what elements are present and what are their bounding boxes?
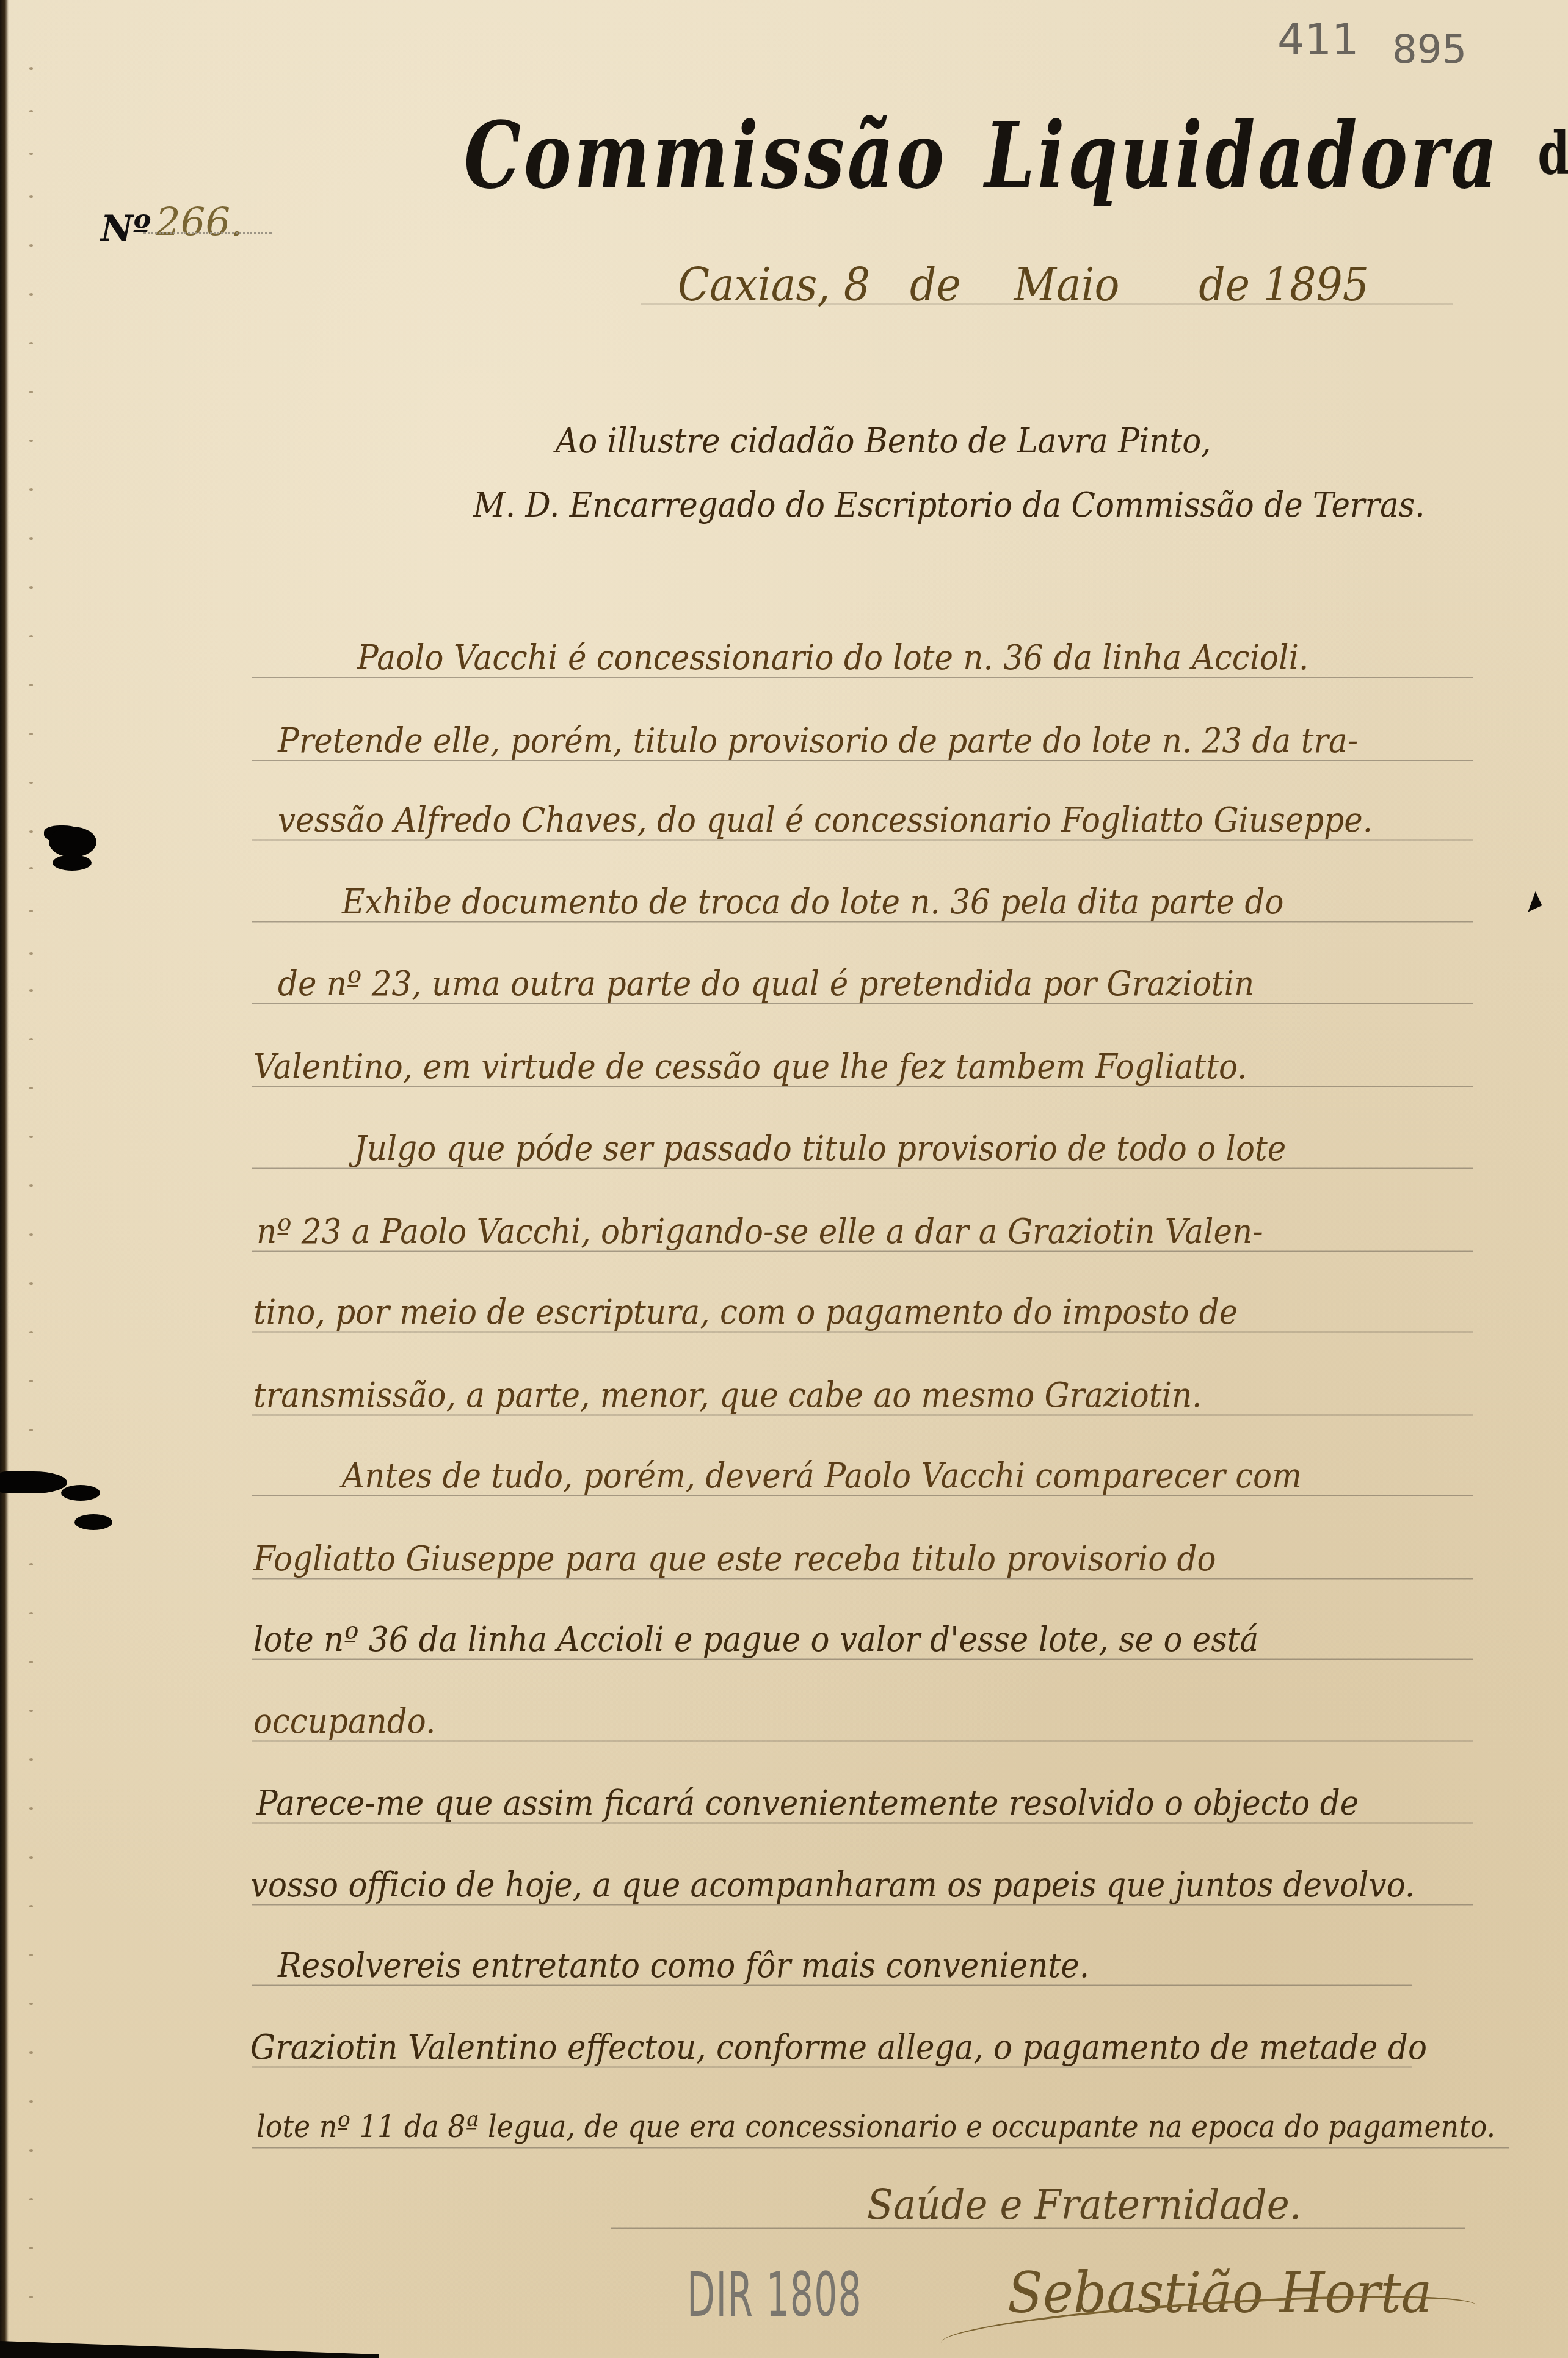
- perforation: [29, 488, 33, 491]
- perforation: [29, 635, 33, 637]
- perforation: [29, 1233, 33, 1236]
- perforation: [29, 195, 33, 198]
- perforation: [29, 1136, 33, 1138]
- perforation: [29, 1380, 33, 1382]
- binding-hole: [74, 1514, 112, 1530]
- date-de: de: [1199, 259, 1250, 311]
- body-line: Fogliatto Giuseppe para que este receba …: [253, 1542, 1216, 1576]
- closing-salutation: Saúde e Fraternidade.: [867, 2185, 1302, 2226]
- archive-reference: DIR 1808: [687, 2259, 862, 2331]
- perforation: [29, 2051, 33, 2054]
- date-year: 1895: [1263, 259, 1369, 311]
- reference-dotted-line: [143, 232, 272, 234]
- body-line: Paolo Vacchi é concessionario do lote n.…: [357, 641, 1308, 675]
- perforation: [29, 244, 33, 247]
- perforation: [29, 2100, 33, 2103]
- perforation: [29, 2247, 33, 2249]
- perforation: [29, 1954, 33, 1956]
- perforation: [29, 1612, 33, 1614]
- letterhead-word: Commissão: [464, 102, 947, 209]
- perforation: [29, 2198, 33, 2200]
- body-line: tino, por meio de escriptura, com o paga…: [253, 1296, 1238, 1330]
- perforation: [29, 1184, 33, 1187]
- perforation: [29, 684, 33, 686]
- perforation: [29, 830, 33, 833]
- body-line: Parece-me que assim ficará convenienteme…: [256, 1787, 1359, 1821]
- perforation: [29, 1905, 33, 1907]
- perforation: [29, 1331, 33, 1333]
- perforation: [29, 153, 33, 155]
- perforation: [29, 1807, 33, 1810]
- perforation: [29, 782, 33, 784]
- reference-label: Nº: [101, 208, 151, 249]
- perforation: [29, 1282, 33, 1285]
- perforation: [29, 1038, 33, 1040]
- document-page: 411 895 Commissão Liquidadora da Divida …: [0, 0, 1568, 2358]
- binding-hole: [61, 1485, 100, 1501]
- perforation: [29, 342, 33, 344]
- body-line: lote nº 36 da linha Accioli e pague o va…: [253, 1623, 1258, 1657]
- perforation: [29, 440, 33, 442]
- body-line: Antes de tudo, porém, deverá Paolo Vacch…: [342, 1459, 1302, 1493]
- perforation: [29, 110, 33, 112]
- reference-number: 266.: [156, 200, 243, 245]
- perforation: [29, 67, 33, 70]
- body-line: Exhibe documento de troca do lote n. 36 …: [342, 885, 1283, 920]
- perforation: [29, 952, 33, 955]
- hole-tear: [0, 1471, 67, 1493]
- body-line: transmissão, a parte, menor, que cabe ao…: [253, 1379, 1202, 1413]
- perforation: [29, 1758, 33, 1761]
- perforation: [29, 1429, 33, 1431]
- page-number: 895: [1392, 31, 1467, 70]
- perforation: [29, 391, 33, 393]
- binding-edge: [0, 0, 9, 2358]
- perforation: [29, 537, 33, 540]
- dateline: Caxias, 8 de Maio de 1895: [678, 263, 1369, 308]
- body-line: vosso officio de hoje, a que acompanhara…: [250, 1868, 1415, 1903]
- perforation: [29, 1087, 33, 1089]
- addressee-line-1: Ao illustre cidadão Bento de Lavra Pinto…: [556, 424, 1211, 459]
- margin-mark: [1528, 891, 1545, 916]
- addressee-line-2: M. D. Encarregado do Escriptorio da Comm…: [473, 488, 1425, 523]
- torn-bottom-edge: [0, 2334, 379, 2358]
- perforation: [29, 586, 33, 589]
- perforation: [29, 1661, 33, 1663]
- perforation: [29, 867, 33, 869]
- binding-hole: [53, 855, 92, 871]
- date-day: 8: [844, 259, 870, 311]
- body-line: occupando.: [253, 1705, 435, 1739]
- perforation: [29, 910, 33, 912]
- body-line: Julgo que póde ser passado titulo provis…: [354, 1132, 1286, 1166]
- body-line: Valentino, em virtude de cessão que lhe …: [253, 1050, 1247, 1084]
- body-line: lote nº 11 da 8ª legua, de que era conce…: [256, 2111, 1495, 2142]
- perforation: [29, 1856, 33, 1859]
- letterhead-word: Liquidadora: [984, 102, 1500, 209]
- ruled-line: [252, 2147, 1509, 2149]
- binding-hole: [49, 827, 96, 857]
- letterhead-word: da: [1537, 119, 1568, 188]
- perforation: [29, 2296, 33, 2298]
- perforation: [29, 1710, 33, 1712]
- body-line: de nº 23, uma outra parte do qual é pret…: [278, 967, 1254, 1001]
- perforation: [29, 733, 33, 735]
- body-line: vessão Alfredo Chaves, do qual é concess…: [278, 804, 1373, 838]
- perforation: [29, 2149, 33, 2152]
- perforation: [29, 1563, 33, 1565]
- date-place: Caxias,: [678, 259, 830, 311]
- letterhead-title: Commissão Liquidadora da Divida Colonial: [464, 110, 1197, 201]
- perforation: [29, 2003, 33, 2005]
- date-month: Maio: [1014, 259, 1119, 311]
- folio-number: 411: [1277, 18, 1359, 61]
- body-line: Pretende elle, porém, titulo provisorio …: [278, 724, 1358, 758]
- perforation: [29, 989, 33, 992]
- body-line: Graziotin Valentino effectou, conforme a…: [250, 2031, 1427, 2065]
- body-line: Resolvereis entretanto como fôr mais con…: [278, 1949, 1089, 1983]
- body-line: nº 23 a Paolo Vacchi, obrigando-se elle …: [256, 1215, 1263, 1249]
- date-de: de: [910, 259, 961, 311]
- perforation: [29, 293, 33, 296]
